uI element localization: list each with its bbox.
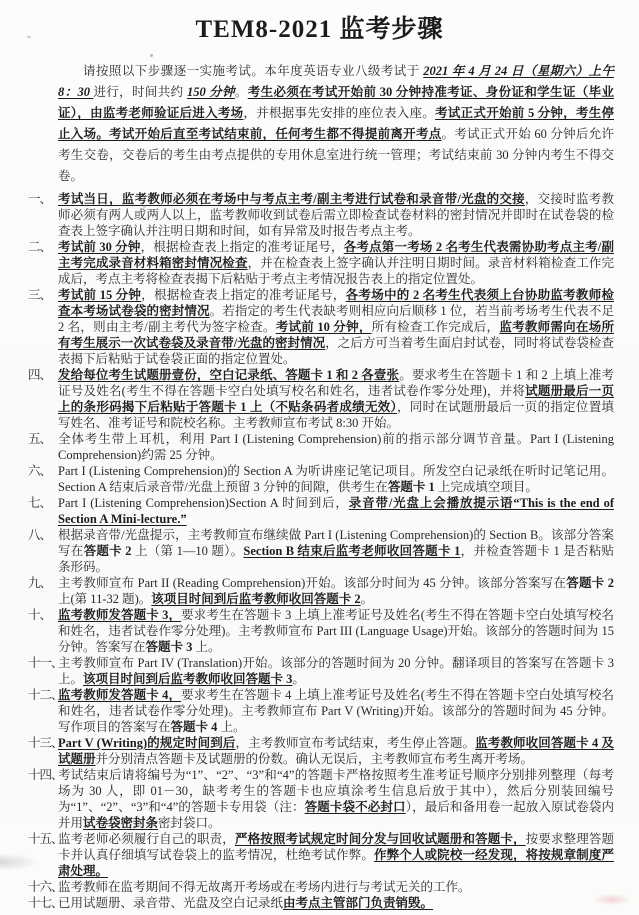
step-text: 根据录音带/光盘提示，主考教师宣布继续做 Part I (Listening C…	[58, 527, 614, 575]
scan-artifact	[150, 54, 153, 57]
step-number: 十二、	[28, 687, 58, 735]
text-segment: Part V (Writing)的规定时间到后	[58, 736, 236, 750]
text-segment: ，主考教师宣布考试结束，考生停止答题。	[236, 736, 476, 750]
step-text: 监考教师发答题卡 4，要求考生在答题卡 4 上填上准考证号及姓名(考生不得在答题…	[58, 687, 614, 735]
step-item: 八、根据录音带/光盘提示，主考教师宣布继续做 Part I (Listening…	[28, 527, 614, 575]
step-text: 主考教师宣布 Part IV (Translation)开始。该部分的答题时间为…	[58, 655, 614, 687]
step-item: 四、发给每位考生试题册壹份，空白记录纸、答题卡 1 和 2 各壹张。要求考生在答…	[28, 367, 614, 431]
step-number: 八、	[28, 527, 58, 575]
text-segment: 答题卡 3	[146, 640, 196, 654]
text-segment: 答题卡 4	[171, 720, 221, 734]
text-segment: 监考教师发答题卡 4，	[58, 688, 181, 702]
text-segment: 全体考生带上耳机，利用 Part I (Listening Comprehens…	[58, 432, 614, 462]
text-segment: 考试前 30 分钟	[58, 240, 141, 254]
step-text: 监考老师必须履行自己的职责，严格按照考试规定时间分发与回收试题册和答题卡，按要求…	[58, 831, 614, 879]
text-segment: 考试前 10 分钟，	[276, 320, 372, 334]
text-segment: 上。	[221, 720, 246, 734]
step-number: 十五、	[28, 831, 58, 879]
step-number: 十七、	[28, 895, 58, 911]
step-number: 四、	[28, 367, 58, 431]
text-segment: 主考教师宣布 Part II (Reading Comprehension)开始…	[58, 576, 566, 590]
text-segment: 考试当日，监考教师必须在考场中与考点主考/副主考进行试卷和录音带/光盘的交接	[58, 192, 525, 206]
text-segment: 严格按照考试规定时间分发与回收试题册和答题卡，	[235, 832, 526, 846]
text-segment: 请按照以下步骤逐一实施考试。本年度英语专业八级考试于	[83, 64, 423, 78]
text-segment: 答题卡 2	[84, 544, 135, 558]
step-text: Part I (Listening Comprehension)Section …	[58, 495, 614, 527]
text-segment: 发给每位考生试题册壹份，空白记录纸、答题卡 1 和 2 各壹张	[58, 368, 399, 382]
step-item: 五、全体考生带上耳机，利用 Part I (Listening Comprehe…	[28, 431, 614, 463]
step-number: 三、	[28, 287, 58, 367]
step-item: 一、考试当日，监考教师必须在考场中与考点主考/副主考进行试卷和录音带/光盘的交接…	[28, 191, 614, 239]
text-segment: 150 分钟	[187, 85, 235, 99]
text-segment: 已用试题册、录音带、光盘及空白记录纸	[58, 896, 283, 910]
step-text: 监考教师发答题卡 3，要求考生在答题卡 3 上填上准考证号及姓名(考生不得在答题…	[58, 607, 614, 655]
text-segment: 。	[235, 85, 248, 99]
step-item: 九、主考教师宣布 Part II (Reading Comprehension)…	[28, 575, 614, 607]
step-number: 十、	[28, 607, 58, 655]
text-segment: 上(第 11-32 题)。	[58, 592, 151, 606]
step-number: 十四、	[28, 767, 58, 831]
text-segment: 该项目时间到后监考教师收回答题卡 3	[83, 672, 292, 686]
document-page: TEM8-2021 监考步骤 请按照以下步骤逐一实施考试。本年度英语专业八级考试…	[0, 0, 639, 915]
step-item: 十六、监考教师在监考期间不得无故离开考场或在考场内进行与考试无关的工作。	[28, 879, 614, 895]
text-segment: 监考教师在监考期间不得无故离开考场或在考场内进行与考试无关的工作。	[58, 880, 471, 894]
text-segment: Part I (Listening Comprehension)Section …	[58, 496, 349, 510]
step-number: 六、	[28, 463, 58, 495]
text-segment: ，并根据事先安排的座位表入座。	[243, 106, 435, 120]
step-text: 全体考生带上耳机，利用 Part I (Listening Comprehens…	[58, 431, 614, 463]
step-number: 一、	[28, 191, 58, 239]
step-text: 主考教师宣布 Part II (Reading Comprehension)开始…	[58, 575, 614, 607]
text-segment: 密封袋口。	[158, 816, 221, 830]
step-item: 十二、监考教师发答题卡 4，要求考生在答题卡 4 上填上准考证号及姓名(考生不得…	[28, 687, 614, 735]
text-segment: 所有检查工作完成后，	[372, 320, 500, 334]
step-text: 已用试题册、录音带、光盘及空白记录纸由考点主管部门负责销毁。	[58, 895, 614, 911]
step-item: 二、考试前 30 分钟，根据检查表上指定的准考证尾号，各考点第一考场 2 名考生…	[28, 239, 614, 287]
step-item: 七、Part I (Listening Comprehension)Sectio…	[28, 495, 614, 527]
step-item: 三、考试前 15 分钟，根据检查表上指定的准考证尾号，各考场中的 2 名考生代表…	[28, 287, 614, 367]
step-number: 九、	[28, 575, 58, 607]
step-item: 十四、考试结束后请将编号为“1”、“2”、“3”和“4”的答题卡严格按照考生准考…	[28, 767, 614, 831]
step-text: 监考教师在监考期间不得无故离开考场或在考场内进行与考试无关的工作。	[58, 879, 614, 895]
step-number: 七、	[28, 495, 58, 527]
step-item: 十三、Part V (Writing)的规定时间到后，主考教师宣布考试结束，考生…	[28, 735, 614, 767]
text-segment: 监考老师必须履行自己的职责，	[58, 832, 235, 846]
text-segment: ，根据检查表上指定的准考证尾号，	[141, 288, 345, 302]
step-item: 十一、主考教师宣布 Part IV (Translation)开始。该部分的答题…	[28, 655, 614, 687]
text-segment: 该项目时间到后监考教师收回答题卡 2	[151, 592, 360, 606]
text-segment: 答题卡 1	[388, 480, 438, 494]
text-segment: Section B 结束后监考老师收回答题卡 1	[243, 544, 460, 558]
text-segment: 答题卡 2	[566, 576, 614, 590]
step-text: 发给每位考生试题册壹份，空白记录纸、答题卡 1 和 2 各壹张。要求考生在答题卡…	[58, 367, 614, 431]
text-segment: 监考教师发答题卡 3，	[58, 608, 181, 622]
text-segment: 并分别清点答题卡及试题册的份数。确认无误后，主考教师宣布考生离开考场。	[96, 752, 534, 766]
step-text: 考试前 30 分钟，根据检查表上指定的准考证尾号，各考点第一考场 2 名考生代表…	[58, 239, 614, 287]
step-text: Part V (Writing)的规定时间到后，主考教师宣布考试结束，考生停止答…	[58, 735, 614, 767]
text-segment: 答题卡袋不必封口	[305, 800, 406, 814]
step-text: 考试当日，监考教师必须在考场中与考点主考/副主考进行试卷和录音带/光盘的交接，交…	[58, 191, 614, 239]
step-text: Part I (Listening Comprehension)的 Sectio…	[58, 463, 614, 495]
text-segment: 由考点主管部门负责销毁。	[283, 896, 433, 910]
text-segment: 上（第 1—10 题）。	[135, 544, 243, 558]
step-number: 五、	[28, 431, 58, 463]
steps-list: 一、考试当日，监考教师必须在考场中与考点主考/副主考进行试卷和录音带/光盘的交接…	[28, 191, 614, 911]
step-item: 十五、监考老师必须履行自己的职责，严格按照考试规定时间分发与回收试题册和答题卡，…	[28, 831, 614, 879]
step-item: 十、监考教师发答题卡 3，要求考生在答题卡 3 上填上准考证号及姓名(考生不得在…	[28, 607, 614, 655]
step-item: 六、Part I (Listening Comprehension)的 Sect…	[28, 463, 614, 495]
step-item: 十七、已用试题册、录音带、光盘及空白记录纸由考点主管部门负责销毁。	[28, 895, 614, 911]
text-segment: 上。	[196, 640, 221, 654]
page-title: TEM8-2021 监考步骤	[0, 13, 639, 46]
step-number: 十六、	[28, 879, 58, 895]
text-segment: 考试前 15 分钟	[58, 288, 141, 302]
step-text: 考试结束后请将编号为“1”、“2”、“3”和“4”的答题卡严格按照考生准考证号顺…	[58, 767, 614, 831]
text-segment: ，根据检查表上指定的准考证尾号，	[141, 240, 344, 254]
text-segment: 试卷袋密封条	[83, 816, 158, 830]
text-segment: 上完成填空项目。	[438, 480, 538, 494]
text-segment: 进行，时间共约	[93, 85, 186, 99]
text-segment: 。	[361, 592, 374, 606]
intro-paragraph: 请按照以下步骤逐一实施考试。本年度英语专业八级考试于 2021 年 4 月 24…	[58, 61, 614, 187]
step-number: 十三、	[28, 735, 58, 767]
text-segment: 。	[292, 672, 305, 686]
step-number: 二、	[28, 239, 58, 287]
step-number: 十一、	[28, 655, 58, 687]
step-text: 考试前 15 分钟，根据检查表上指定的准考证尾号，各考场中的 2 名考生代表须上…	[58, 287, 614, 367]
